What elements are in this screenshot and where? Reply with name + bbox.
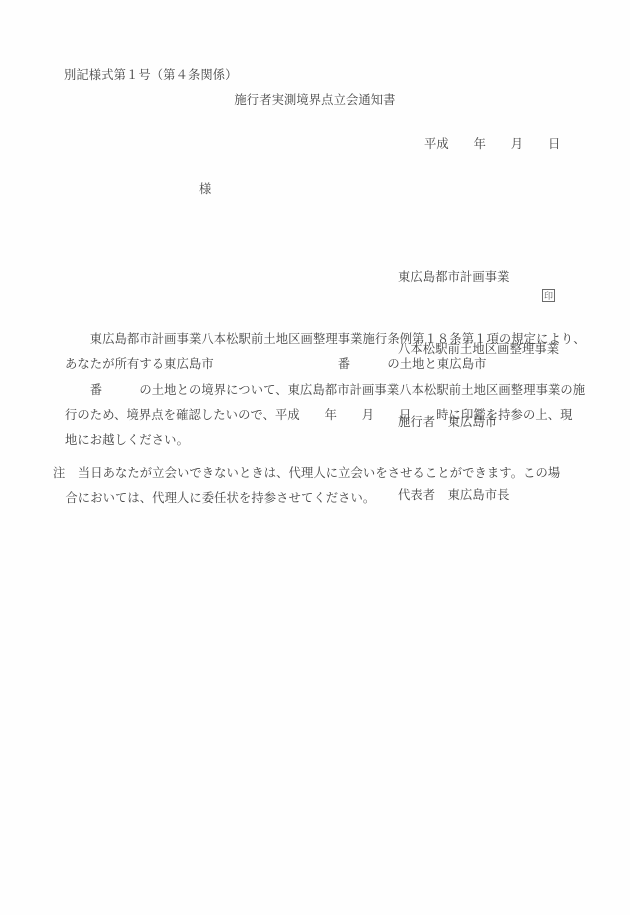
sender-project-line1: 東広島都市計画事業 (398, 265, 559, 289)
body-line-4: 行のため、境界点を確認したいので、平成 年 月 日 時に印鑑を持参の上、現 (65, 403, 586, 428)
note-paragraph: 注 当日あなたが立会いできないときは、代理人に立会いをさせることができます。この… (53, 461, 560, 511)
body-line-1: 東広島都市計画事業八本松駅前土地区画整理事業施行条例第１８条第１項の規定により、 (65, 327, 586, 352)
note-line-2: 合においては、代理人に委任状を持参させてください。 (53, 486, 560, 511)
document-title: 施行者実測境界点立会通知書 (0, 93, 630, 108)
body-line-5: 地にお越しください。 (65, 428, 586, 453)
seal-mark-icon: 印 (542, 289, 555, 302)
body-paragraph: 東広島都市計画事業八本松駅前土地区画整理事業施行条例第１８条第１項の規定により、… (65, 327, 586, 453)
note-line-1: 注 当日あなたが立会いできないときは、代理人に立会いをさせることができます。この… (53, 461, 560, 486)
addressee-honorific: 様 (199, 182, 211, 197)
date-line: 平成 年 月 日 (424, 137, 560, 152)
form-number-label: 別記様式第１号（第４条関係） (64, 68, 238, 83)
document-page: 別記様式第１号（第４条関係） 施行者実測境界点立会通知書 平成 年 月 日 様 … (0, 0, 630, 915)
body-line-2: あなたが所有する東広島市 番 の土地と東広島市 (65, 352, 586, 377)
body-line-3: 番 の土地との境界について、東広島都市計画事業八本松駅前土地区画整理事業の施 (65, 378, 586, 403)
